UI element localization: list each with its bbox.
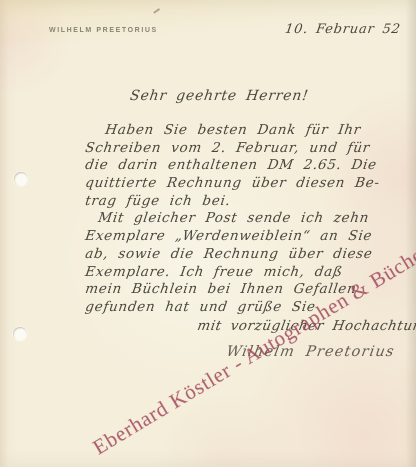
punch-hole — [14, 172, 28, 186]
letterhead-name: WILHELM PREETORIUS — [49, 27, 158, 34]
letter-line: die darin enthaltenen DM 2.65. Die — [84, 157, 386, 175]
letter-line: trag füge ich bei. — [84, 193, 386, 211]
pen-stray-mark — [153, 8, 160, 13]
handwritten-date: 10. Februar 52 — [284, 22, 402, 37]
punch-hole — [13, 327, 27, 341]
letter-line: ab, sowie die Rechnung über diese — [84, 246, 386, 264]
letter-line: Haben Sie besten Dank für Ihr — [84, 122, 386, 140]
letter-line: quittierte Rechnung über diesen Be- — [84, 175, 386, 193]
letter-line: Exemplare. Ich freue mich, daß — [84, 264, 386, 282]
letter-line: Schreiben vom 2. Februar, und für — [84, 140, 386, 158]
letter-line: Exemplare „Werdenweiblein“ an Sie — [84, 228, 386, 246]
salutation: Sehr geehrte Herren! — [129, 88, 310, 104]
letter-line: Mit gleicher Post sende ich zehn — [84, 210, 386, 228]
letter-scan: WILHELM PREETORIUS 10. Februar 52 Sehr g… — [0, 0, 416, 467]
